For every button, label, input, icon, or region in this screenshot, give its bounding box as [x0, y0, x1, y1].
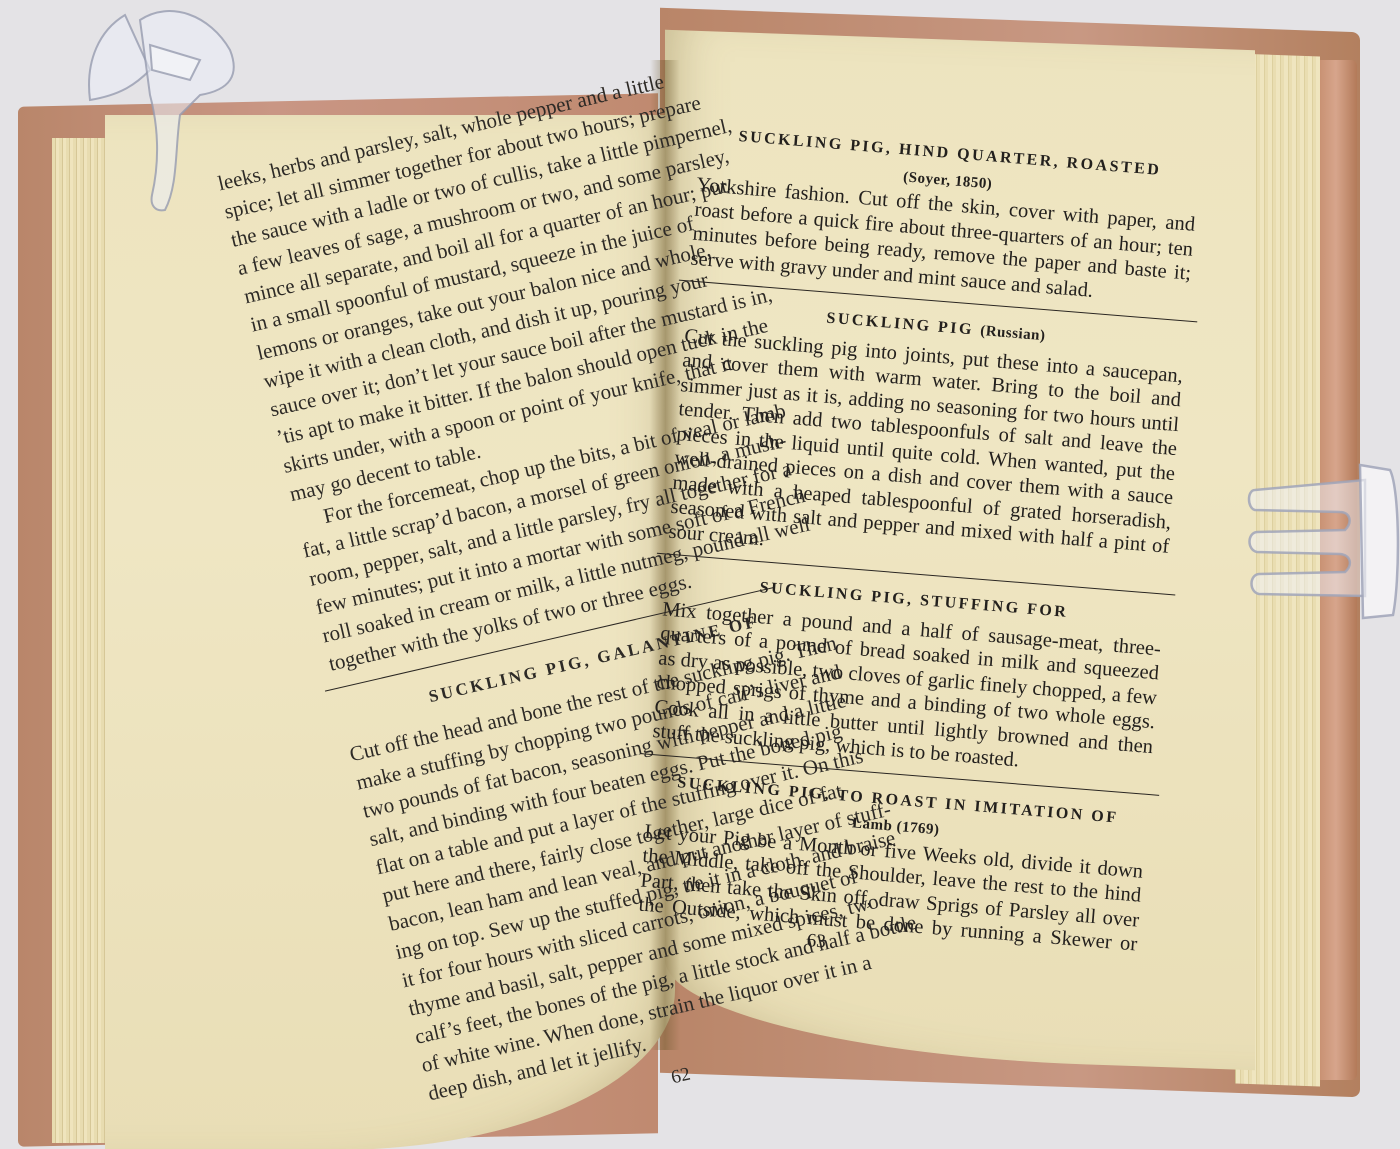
recipe-title-text: Suckling Pig — [826, 310, 975, 339]
right-page-text: Suckling Pig, Hind Quarter, Roasted (Soy… — [636, 118, 1200, 979]
page-stack-left — [52, 138, 110, 1143]
page-clip-icon — [80, 0, 250, 215]
page-clip-icon — [1245, 450, 1400, 625]
recipe-body-russian: Cut the suckling pig into joints, put th… — [668, 324, 1184, 584]
photo-scene: leeks, herbs and parsley, salt, whole pe… — [0, 0, 1400, 1149]
recipe-title-suffix: (Russian) — [980, 323, 1046, 344]
